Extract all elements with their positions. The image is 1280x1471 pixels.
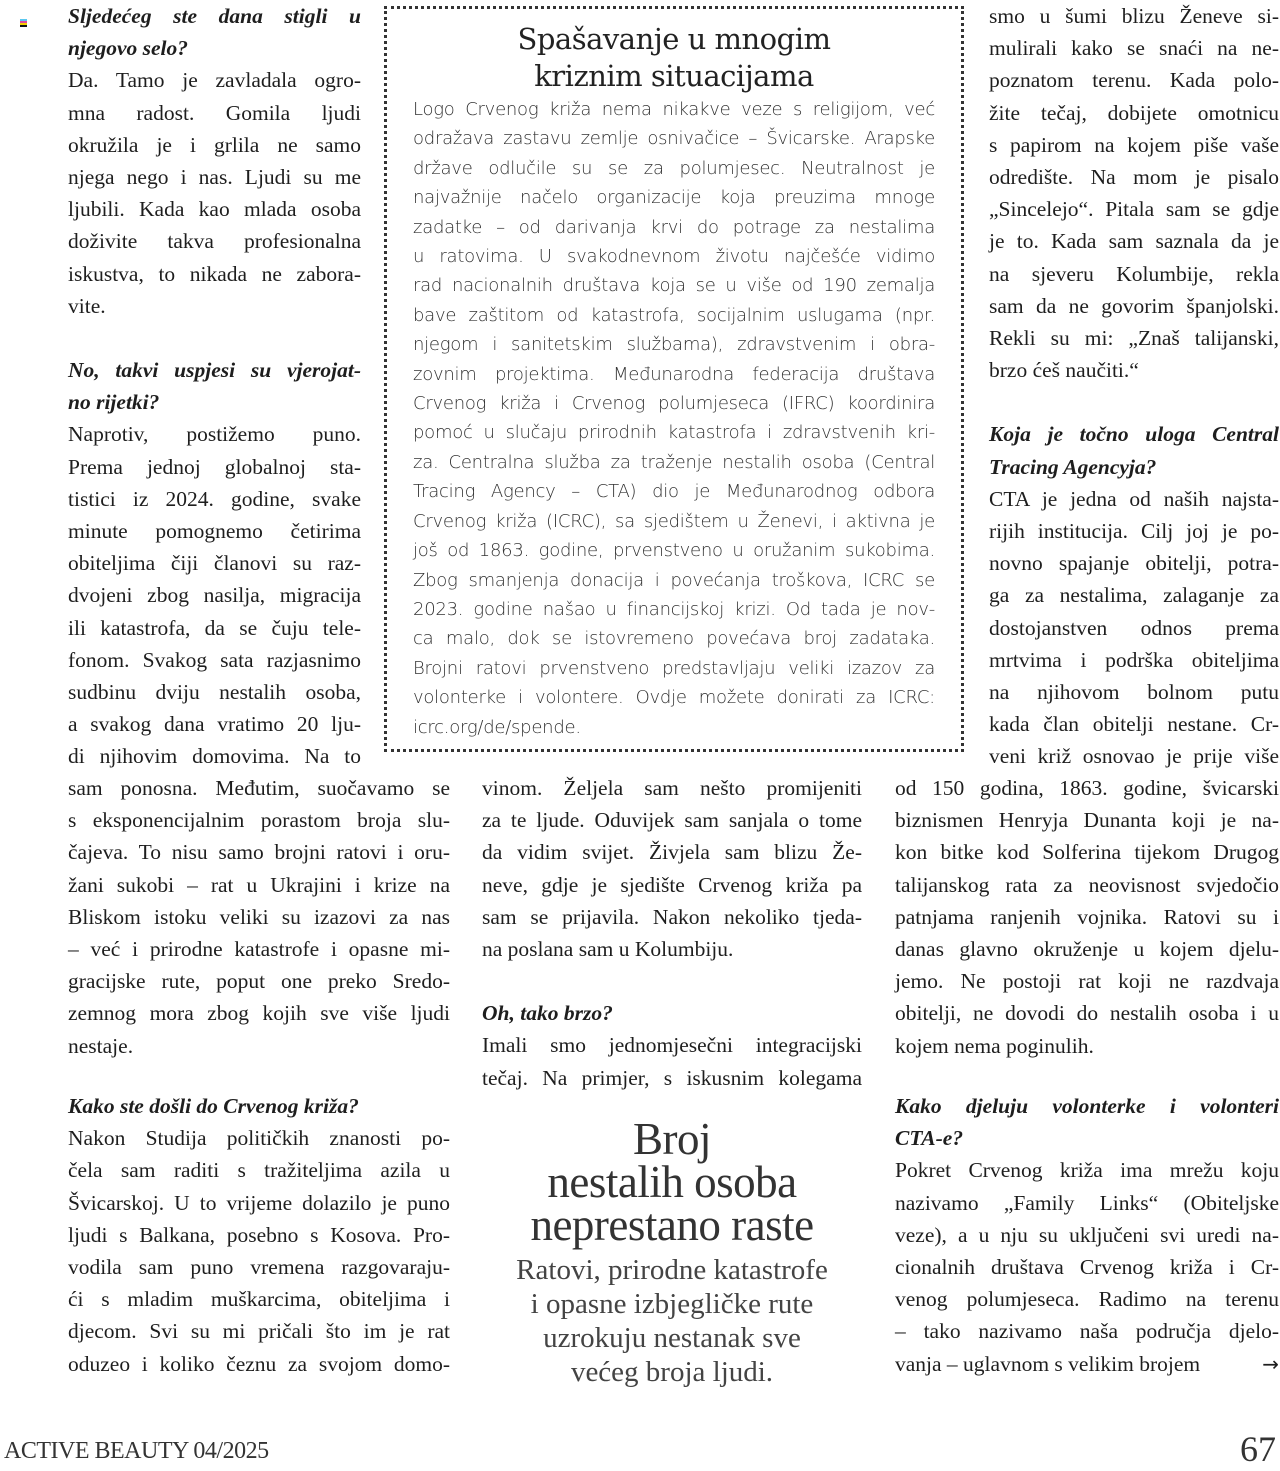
answer-4: Imali smo jednomjesečni integracijski te…	[482, 1029, 862, 1093]
text-line: djecom. Svi su mi pričali što im je rat	[68, 1315, 450, 1347]
text-line: nazivamo „Family Links“ (Obiteljske	[895, 1187, 1279, 1219]
text-fragment: vanja – uglavnom s velikim brojem	[895, 1348, 1200, 1380]
text-line: – tako nazivamo naša područja djelo-	[895, 1315, 1279, 1347]
text-line: CTA je jedna od naših najsta-	[989, 483, 1279, 515]
article-column-1: Sljedećeg ste dana stigli u njegovo selo…	[68, 0, 361, 773]
text-line: veni križ osnovao je prije više	[989, 740, 1279, 772]
text-line: oduzeo i koliko čeznu za svojom domo-	[68, 1348, 450, 1380]
question-2: No, takvi uspjesi su vjerojat- no rijetk…	[68, 354, 361, 418]
text-line: Nakon Studija političkih znanosti po-	[68, 1122, 450, 1154]
text-line: ili katastrofa, da se čuju tele-	[68, 612, 361, 644]
text-line: volonterke i volontere. Ovdje možete don…	[413, 683, 935, 712]
text-line: mulirali kako se snaći na ne-	[989, 32, 1279, 64]
question-line: njegovo selo?	[68, 32, 361, 64]
info-box-title: Spašavanje u mnogim kriznim situacijama	[387, 21, 961, 95]
article-column-3-continued: od 150 godina, 1863. godine, švicarski b…	[895, 772, 1279, 1062]
text-line: Naprotiv, postižemo puno.	[68, 418, 361, 450]
text-line: ći s mladim muškarcima, obiteljima i	[68, 1283, 450, 1315]
text-line: čela sam raditi s tražiteljima azila u	[68, 1154, 450, 1186]
text-line: Rekli su mi: „Znaš talijanski,	[989, 322, 1279, 354]
text-line: danas glavno okruženje u kojem djelu-	[895, 933, 1279, 965]
text-line: pomoć u slučaju prirodnih katastrofa i z…	[413, 418, 935, 447]
question-line: Kako ste došli do Crvenog križa?	[68, 1090, 450, 1122]
text-line: Da. Tamo je zavladala ogro-	[68, 64, 361, 96]
text-line: ca malo, dok se istovremeno povećava bro…	[413, 624, 935, 653]
text-line: tistici iz 2024. godine, svake	[68, 483, 361, 515]
subline-line: Ratovi, prirodne katastrofe	[516, 1254, 828, 1286]
text-line: njegom i sanitetskim službama), zdravstv…	[413, 330, 935, 359]
text-line: vodila sam puno vremena razgovaraju-	[68, 1251, 450, 1283]
question-line: no rijetki?	[68, 386, 361, 418]
question-6: Kako djeluju volonterke i volonteri CTA-…	[895, 1090, 1279, 1154]
article-column-1-bottom: Kako ste došli do Crvenog križa? Nakon S…	[68, 1090, 450, 1380]
text-line: Imali smo jednomjesečni integracijski	[482, 1029, 862, 1061]
text-line: zovnim projektima. Međunarodna federacij…	[413, 360, 935, 389]
text-line: jemo. Ne postoji rat koji ne razdvaja	[895, 965, 1279, 997]
question-line: No, takvi uspjesi su vjerojat-	[68, 354, 361, 386]
text-line: doživite takva profesionalna	[68, 225, 361, 257]
title-line: Spašavanje u mnogim	[518, 22, 831, 56]
text-line: Tracing Agency – CTA) dio je Međunarodno…	[413, 477, 935, 506]
text-line: vanja – uglavnom s velikim brojem →	[895, 1348, 1279, 1380]
text-line: čajeva. To nisu samo brojni ratovi i oru…	[68, 836, 450, 868]
question-1: Sljedećeg ste dana stigli u njegovo selo…	[68, 0, 361, 64]
text-line: zemnog mora zbog kojih sve više ljudi	[68, 997, 450, 1029]
article-column-3: smo u šumi blizu Ženeve si- mulirali kak…	[989, 0, 1279, 773]
text-line: s eksponencijalnim porastom broja slu-	[68, 804, 450, 836]
text-line: sam da ne govorim španjolski.	[989, 290, 1279, 322]
text-line: di njihovim domovima. Na to	[68, 740, 361, 772]
subline-line: uzrokuju nestanak sve	[543, 1322, 801, 1354]
text-line: Bliskom istoku veliki su izazovi za nas	[68, 901, 450, 933]
answer-3-continued: vinom. Željela sam nešto promijeniti za …	[482, 772, 862, 965]
pull-quote-headline: Broj nestalih osoba neprestano raste	[482, 1118, 862, 1247]
answer-1: Da. Tamo je zavladala ogro- mna radost. …	[68, 64, 361, 322]
question-5: Koja je točno uloga Central Tracing Agen…	[989, 418, 1279, 482]
text-line: odražava zastavu zemlje osnivačice – Švi…	[413, 124, 935, 153]
question-4: Oh, tako brzo?	[482, 997, 862, 1029]
question-3: Kako ste došli do Crvenog križa?	[68, 1090, 450, 1122]
text-line: – već i prirodne katastrofe i opasne mi-	[68, 933, 450, 965]
text-line: na sjeveru Kolumbije, rekla	[989, 258, 1279, 290]
text-line: smo u šumi blizu Ženeve si-	[989, 0, 1279, 32]
text-line: u ratovima. U svakodnevnom životu najčeš…	[413, 242, 935, 271]
text-line: patnjama ranjenih vojnika. Ratovi su i	[895, 901, 1279, 933]
question-line: CTA-e?	[895, 1122, 1279, 1154]
text-line: ga za nestalima, zalaganje za	[989, 579, 1279, 611]
text-line: je to. Kada sam saznala da je	[989, 225, 1279, 257]
question-line: Kako djeluju volonterke i volonteri	[895, 1090, 1279, 1122]
info-box-body: Logo Crvenog križa nema nikakve veze s r…	[413, 95, 935, 742]
text-line: kojem nema poginulih.	[895, 1030, 1279, 1062]
text-line: neve, gdje je sjedište Crvenog križa pa	[482, 869, 862, 901]
pull-quote-subline: Ratovi, prirodne katastrofe i opasne izb…	[482, 1253, 862, 1389]
text-line: ljubili. Kada kao mlada osoba	[68, 193, 361, 225]
text-line: žani sukobi – rat u Ukrajini i krize na	[68, 869, 450, 901]
text-line: Zbog smanjenja donacija i povećanja troš…	[413, 566, 935, 595]
text-line: rad nacionalnih društava koja se u više …	[413, 271, 935, 300]
text-line: kon bitke kod Solferina tijekom Drugog	[895, 836, 1279, 868]
black-swatch	[20, 25, 27, 27]
answer-6: Pokret Crvenog križa ima mrežu koju nazi…	[895, 1154, 1279, 1379]
text-line: brzo ćeš naučiti.“	[989, 354, 1279, 386]
text-line: Crvenog križa (ICRC), sa sjedištem u Žen…	[413, 507, 935, 536]
text-line: fonom. Svakog sata razjasnimo	[68, 644, 361, 676]
text-line: biznismen Henryja Dunanta koji je na-	[895, 804, 1279, 836]
text-line: najvažnije načelo organizacije koja preu…	[413, 183, 935, 212]
answer-2: Naprotiv, postižemo puno. Prema jednoj g…	[68, 418, 361, 772]
text-line: iskustva, to nikada ne zabora-	[68, 258, 361, 290]
text-line: dostojanstven odnos prema	[989, 612, 1279, 644]
answer-4-continued: smo u šumi blizu Ženeve si- mulirali kak…	[989, 0, 1279, 386]
text-line: s papirom na kojem piše vaše	[989, 129, 1279, 161]
text-line: na poslana sam u Kolumbiju.	[482, 933, 862, 965]
subline-line: i opasne izbjegličke rute	[531, 1288, 814, 1320]
text-line: veze), a u nju su uključeni svi uredi na…	[895, 1219, 1279, 1251]
text-line: od 150 godina, 1863. godine, švicarski	[895, 772, 1279, 804]
text-line: „Sincelejo“. Pitala sam se gdje	[989, 193, 1279, 225]
text-line: sam se prijavila. Nakon nekoliko tjeda-	[482, 901, 862, 933]
text-line: Prema jednoj globalnoj sta-	[68, 451, 361, 483]
text-line: minute pomognemo četirima	[68, 515, 361, 547]
text-line: kada član obitelji nestane. Cr-	[989, 708, 1279, 740]
text-line: nestaje.	[68, 1030, 450, 1062]
text-line: Crvenog križa i Crvenog polumjeseca (IFR…	[413, 389, 935, 418]
publication-footer: ACTIVE BEAUTY 04/2025	[4, 1438, 269, 1465]
article-column-3-bottom: Kako djeluju volonterke i volonteri CTA-…	[895, 1090, 1279, 1380]
answer-5: CTA je jedna od naših najsta- rijih inst…	[989, 483, 1279, 773]
page-number: 67	[1240, 1428, 1276, 1470]
pull-quote: Broj nestalih osoba neprestano raste Rat…	[482, 1118, 862, 1389]
answer-2-continued: sam ponosna. Međutim, suočavamo se s eks…	[68, 772, 450, 1062]
text-line: za. Centralna služba za traženje nestali…	[413, 448, 935, 477]
question-line: Koja je točno uloga Central	[989, 418, 1279, 450]
text-line: venog polumjeseca. Radimo na terenu	[895, 1283, 1279, 1315]
donation-link[interactable]: icrc.org/de/spende.	[413, 713, 935, 742]
text-line: ljudi s Balkana, posebno s Kosova. Pro-	[68, 1219, 450, 1251]
text-line: na njihovom bolnom putu	[989, 676, 1279, 708]
text-line: sudbinu dviju nestalih osoba,	[68, 676, 361, 708]
subline-line: većeg broja ljudi.	[571, 1356, 773, 1388]
text-line: njega nego i nas. Ljudi su me	[68, 161, 361, 193]
text-line: tečaj. Na primjer, s iskusnim kolegama	[482, 1062, 862, 1094]
text-line: 2023. godine našao u financijskoj krizi.…	[413, 595, 935, 624]
text-line: mna radost. Gomila ljudi	[68, 97, 361, 129]
question-line: Tracing Agencyja?	[989, 451, 1279, 483]
title-line: kriznim situacijama	[534, 59, 814, 93]
text-line: da vidim svijet. Živjela sam blizu Že-	[482, 836, 862, 868]
text-line: mrtvima i podrška obiteljima	[989, 644, 1279, 676]
text-line: Logo Crvenog križa nema nikakve veze s r…	[413, 95, 935, 124]
article-column-2: vinom. Željela sam nešto promijeniti za …	[482, 772, 862, 1094]
question-line: Sljedećeg ste dana stigli u	[68, 0, 361, 32]
headline-line: neprestano raste	[530, 1200, 813, 1250]
text-line: Brojni ratovi prvenstveno predstavljaju …	[413, 654, 935, 683]
text-line: odredište. Na mom je pisalo	[989, 161, 1279, 193]
text-line: sam ponosna. Međutim, suočavamo se	[68, 772, 450, 804]
text-line: obitelji, ne dovodi do nestalih osoba i …	[895, 997, 1279, 1029]
article-column-1-continued: sam ponosna. Međutim, suočavamo se s eks…	[68, 772, 450, 1062]
text-line: države odlučile su se za polumjesec. Neu…	[413, 154, 935, 183]
text-line: poznatom terenu. Kada polo-	[989, 64, 1279, 96]
text-line: zadatke – od darivanja krvi do potrage z…	[413, 213, 935, 242]
text-line: cionalnih društava Crvenog križa i Cr-	[895, 1251, 1279, 1283]
text-line: novno spajanje obitelji, potra-	[989, 547, 1279, 579]
text-line: još od 1863. godine, prvenstveno u oruža…	[413, 536, 935, 565]
cmyk-registration-mark	[20, 19, 27, 27]
text-line: za te ljude. Oduvijek sam sanjala o tome	[482, 804, 862, 836]
text-line: Pokret Crvenog križa ima mrežu koju	[895, 1154, 1279, 1186]
text-line: dvojeni zbog nasilja, migracija	[68, 579, 361, 611]
text-line: Švicarskoj. U to vrijeme dolazilo je pun…	[68, 1187, 450, 1219]
text-line: okružila je i grlila ne samo	[68, 129, 361, 161]
text-line: a svakog dana vratimo 20 lju-	[68, 708, 361, 740]
answer-3: Nakon Studija političkih znanosti po- če…	[68, 1122, 450, 1380]
text-line: talijanskog rata za neovisnost svjedočio	[895, 869, 1279, 901]
text-line: vinom. Željela sam nešto promijeniti	[482, 772, 862, 804]
text-line: gracijske rute, poput one preko Sredo-	[68, 965, 450, 997]
info-box: Spašavanje u mnogim kriznim situacijama …	[384, 6, 964, 752]
answer-5-continued: od 150 godina, 1863. godine, švicarski b…	[895, 772, 1279, 1062]
text-line: žite tečaj, dobijete omotnicu	[989, 97, 1279, 129]
text-line: bave zaštitom od katastrofa, socijalnim …	[413, 301, 935, 330]
text-line: vite.	[68, 290, 361, 322]
question-line: Oh, tako brzo?	[482, 997, 862, 1029]
continue-arrow-icon[interactable]: →	[1262, 1348, 1279, 1380]
text-line: rijih institucija. Cilj joj je po-	[989, 515, 1279, 547]
text-line: obiteljima čiji članovi su raz-	[68, 547, 361, 579]
